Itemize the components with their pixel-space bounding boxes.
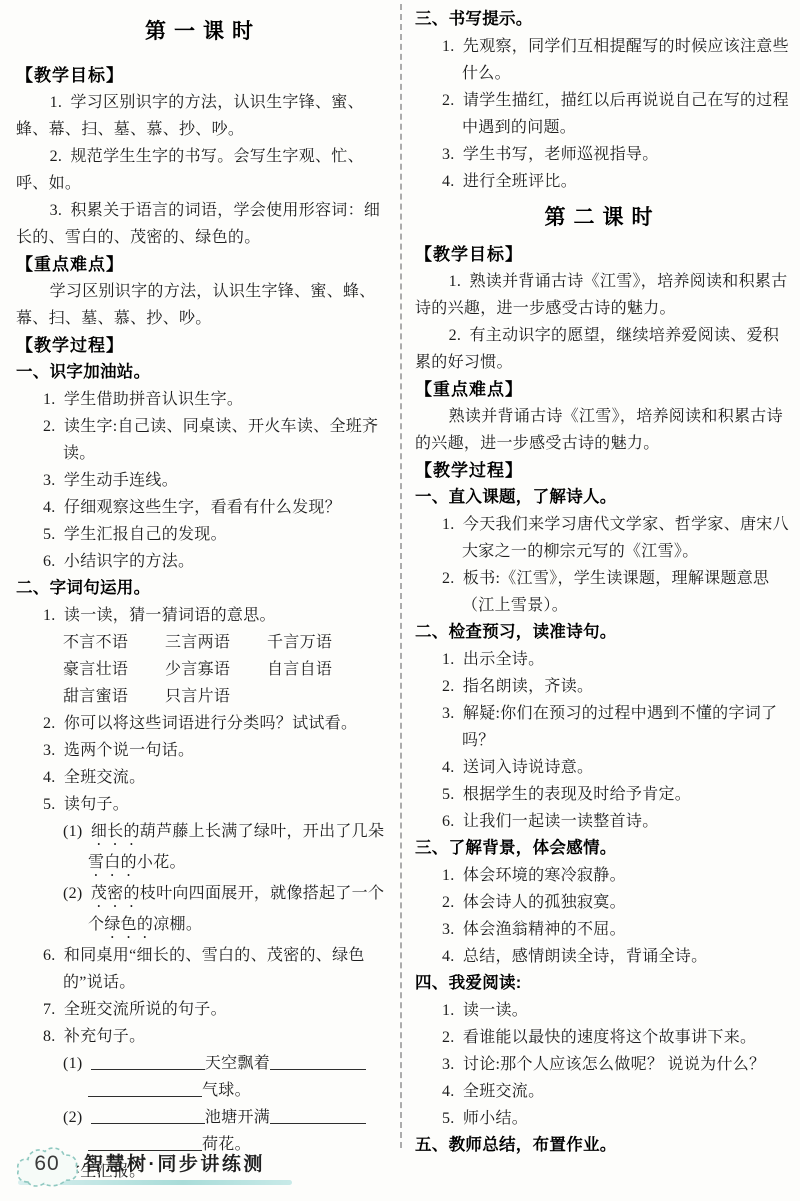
text-run: 气球。 bbox=[202, 1082, 251, 1099]
sentence-item: (1) 细长的葫芦藤上长满了绿叶，开出了几朵雪白的小花。 bbox=[16, 818, 390, 880]
list-item: 5. 学生汇报自己的发现。 bbox=[16, 521, 390, 548]
fill-blank-line: (1) 天空飘着 bbox=[16, 1050, 390, 1077]
list-item: 4. 进行全班评比。 bbox=[415, 168, 790, 195]
paragraph: 3. 积累关于语言的词语，学会使用形容词：细长的、雪白的、茂密的、绿色的。 bbox=[16, 197, 390, 251]
text-run: 小花。 bbox=[137, 854, 186, 871]
lesson-title: 第一课时 bbox=[16, 18, 390, 46]
paragraph: 学习区别识字的方法，认识生字锋、蜜、蜂、幕、扫、墓、慕、抄、吵。 bbox=[16, 278, 390, 332]
list-item: 3. 学生书写，老师巡视指导。 bbox=[415, 141, 790, 168]
list-item: 1. 今天我们来学习唐代文学家、哲学家、唐宋八大家之一的柳宗元写的《江雪》。 bbox=[415, 511, 790, 565]
fill-blank bbox=[270, 1109, 366, 1124]
text-run: 池塘开满 bbox=[205, 1109, 270, 1126]
section-heading: 三、了解背景，体会感情。 bbox=[415, 835, 790, 862]
footer: 60 智慧树·同步讲练测 bbox=[0, 1142, 400, 1201]
list-item: 2. 指名朗读，齐读。 bbox=[415, 673, 790, 700]
bracket-heading: 【重点难点】 bbox=[415, 376, 790, 403]
brand-text: 智慧树·同步讲练测 bbox=[84, 1149, 265, 1176]
word-cell: 豪言壮语 bbox=[63, 656, 165, 683]
list-item: 1. 读一读，猜一猜词语的意思。 bbox=[16, 602, 390, 629]
list-item: 3. 讨论:那个人应该怎么做呢？ 说说为什么？ bbox=[415, 1051, 790, 1078]
text-run: (2) bbox=[63, 885, 91, 902]
list-item: 1. 读一读。 bbox=[415, 997, 790, 1024]
list-item: 1. 学生借助拼音认识生字。 bbox=[16, 386, 390, 413]
word-cell: 少言寡语 bbox=[165, 656, 267, 683]
list-item: 5. 读句子。 bbox=[16, 791, 390, 818]
bracket-heading: 【教学目标】 bbox=[415, 241, 790, 268]
list-item: 2. 看谁能以最快的速度将这个故事讲下来。 bbox=[415, 1024, 790, 1051]
text-run: (2) bbox=[63, 1109, 91, 1126]
word-cell: 甜言蜜语 bbox=[63, 683, 165, 710]
bracket-heading: 【教学过程】 bbox=[415, 457, 790, 484]
emphasized-text: 雪白的 bbox=[88, 854, 137, 871]
list-item: 8. 补充句子。 bbox=[16, 1023, 390, 1050]
sentence-item: (2) 茂密的枝叶向四面展开，就像搭起了一个个绿色的凉棚。 bbox=[16, 880, 390, 942]
list-item: 2. 板书:《江雪》，学生读课题，理解课题意思（江上雪景）。 bbox=[415, 565, 790, 619]
list-item: 1. 体会环境的寒冷寂静。 bbox=[415, 862, 790, 889]
textbook-page: 第一课时【教学目标】1. 学习区别识字的方法，认识生字锋、蜜、蜂、幕、扫、墓、慕… bbox=[0, 0, 800, 1201]
emphasized-text: 细长的 bbox=[91, 823, 140, 840]
emphasized-text: 茂密的 bbox=[91, 885, 140, 902]
list-item: 3. 解疑:你们在预习的过程中遇到不懂的字词了吗？ bbox=[415, 700, 790, 754]
list-item: 1. 先观察，同学们互相提醒写的时候应该注意些什么。 bbox=[415, 33, 790, 87]
list-item: 4. 仔细观察这些生字，看看有什么发现？ bbox=[16, 494, 390, 521]
emphasized-text: 绿色的 bbox=[104, 916, 153, 933]
word-row: 不言不语三言两语千言万语 bbox=[16, 629, 390, 656]
fill-blank bbox=[270, 1055, 366, 1070]
fill-blank-line: (2) 池塘开满 bbox=[16, 1104, 390, 1131]
list-item: 3. 体会渔翁精神的不屈。 bbox=[415, 916, 790, 943]
section-heading: 四、我爱阅读: bbox=[415, 970, 790, 997]
column-divider bbox=[400, 4, 402, 1148]
list-item: 1. 出示全诗。 bbox=[415, 646, 790, 673]
word-row: 甜言蜜语只言片语 bbox=[16, 683, 390, 710]
text-run: (1) bbox=[63, 1055, 91, 1072]
paragraph: 2. 规范学生生字的书写。会写生字观、忙、呼、如。 bbox=[16, 143, 390, 197]
list-item: 2. 读生字:自己读、同桌读、开火车读、全班齐读。 bbox=[16, 413, 390, 467]
page-number-badge: 60 bbox=[14, 1144, 80, 1190]
list-item: 7. 全班交流所说的句子。 bbox=[16, 996, 390, 1023]
bracket-heading: 【教学目标】 bbox=[16, 62, 390, 89]
word-cell: 不言不语 bbox=[63, 629, 165, 656]
word-cell: 只言片语 bbox=[165, 683, 267, 710]
paragraph: 1. 熟读并背诵古诗《江雪》，培养阅读和积累古诗的兴趣，进一步感受古诗的魅力。 bbox=[415, 268, 790, 322]
word-cell: 千言万语 bbox=[267, 629, 369, 656]
list-item: 3. 选两个说一句话。 bbox=[16, 737, 390, 764]
list-item: 4. 送词入诗说诗意。 bbox=[415, 754, 790, 781]
fill-blank bbox=[91, 1109, 205, 1124]
list-item: 4. 全班交流。 bbox=[415, 1078, 790, 1105]
section-heading: 三、书写提示。 bbox=[415, 6, 790, 33]
list-item: 2. 体会诗人的孤独寂寞。 bbox=[415, 889, 790, 916]
list-item: 5. 师小结。 bbox=[415, 1105, 790, 1132]
list-item: 6. 和同桌用“细长的、雪白的、茂密的、绿色的”说话。 bbox=[16, 942, 390, 996]
list-item: 6. 让我们一起读一读整首诗。 bbox=[415, 808, 790, 835]
section-heading: 一、识字加油站。 bbox=[16, 359, 390, 386]
bracket-heading: 【教学过程】 bbox=[16, 332, 390, 359]
list-item: 4. 全班交流。 bbox=[16, 764, 390, 791]
word-cell: 自言自语 bbox=[267, 656, 369, 683]
list-item: 6. 小结识字的方法。 bbox=[16, 548, 390, 575]
text-run: 天空飘着 bbox=[205, 1055, 270, 1072]
list-item: 4. 总结，感情朗读全诗，背诵全诗。 bbox=[415, 943, 790, 970]
text-run: (1) bbox=[63, 823, 91, 840]
fill-blank-line: 气球。 bbox=[16, 1077, 390, 1104]
text-run: 凉棚。 bbox=[153, 916, 202, 933]
paragraph: 2. 有主动识字的愿望，继续培养爱阅读、爱积累的好习惯。 bbox=[415, 322, 790, 376]
bracket-heading: 【重点难点】 bbox=[16, 251, 390, 278]
list-item: 3. 学生动手连线。 bbox=[16, 467, 390, 494]
section-heading: 二、检查预习，读准诗句。 bbox=[415, 619, 790, 646]
section-heading: 二、字词句运用。 bbox=[16, 575, 390, 602]
paragraph: 熟读并背诵古诗《江雪》，培养阅读和积累古诗的兴趣，进一步感受古诗的魅力。 bbox=[415, 403, 790, 457]
word-row: 豪言壮语少言寡语自言自语 bbox=[16, 656, 390, 683]
section-heading: 一、直入课题，了解诗人。 bbox=[415, 484, 790, 511]
section-heading: 五、教师总结，布置作业。 bbox=[415, 1132, 790, 1159]
text-run: 葫芦藤上长满了绿叶，开出了几朵 bbox=[140, 823, 385, 840]
fill-blank bbox=[88, 1082, 202, 1097]
list-item: 5. 根据学生的表现及时给予肯定。 bbox=[415, 781, 790, 808]
fill-blank bbox=[91, 1055, 205, 1070]
left-column: 第一课时【教学目标】1. 学习区别识字的方法，认识生字锋、蜜、蜂、幕、扫、墓、慕… bbox=[16, 0, 390, 1185]
right-column: 三、书写提示。1. 先观察，同学们互相提醒写的时候应该注意些什么。2. 请学生描… bbox=[415, 0, 790, 1159]
list-item: 2. 请学生描红，描红以后再说说自己在写的过程中遇到的问题。 bbox=[415, 87, 790, 141]
page-number: 60 bbox=[14, 1152, 80, 1176]
paragraph: 1. 学习区别识字的方法，认识生字锋、蜜、蜂、幕、扫、墓、慕、抄、吵。 bbox=[16, 89, 390, 143]
word-cell: 三言两语 bbox=[165, 629, 267, 656]
lesson-title: 第二课时 bbox=[415, 204, 790, 232]
list-item: 2. 你可以将这些词语进行分类吗？试试看。 bbox=[16, 710, 390, 737]
